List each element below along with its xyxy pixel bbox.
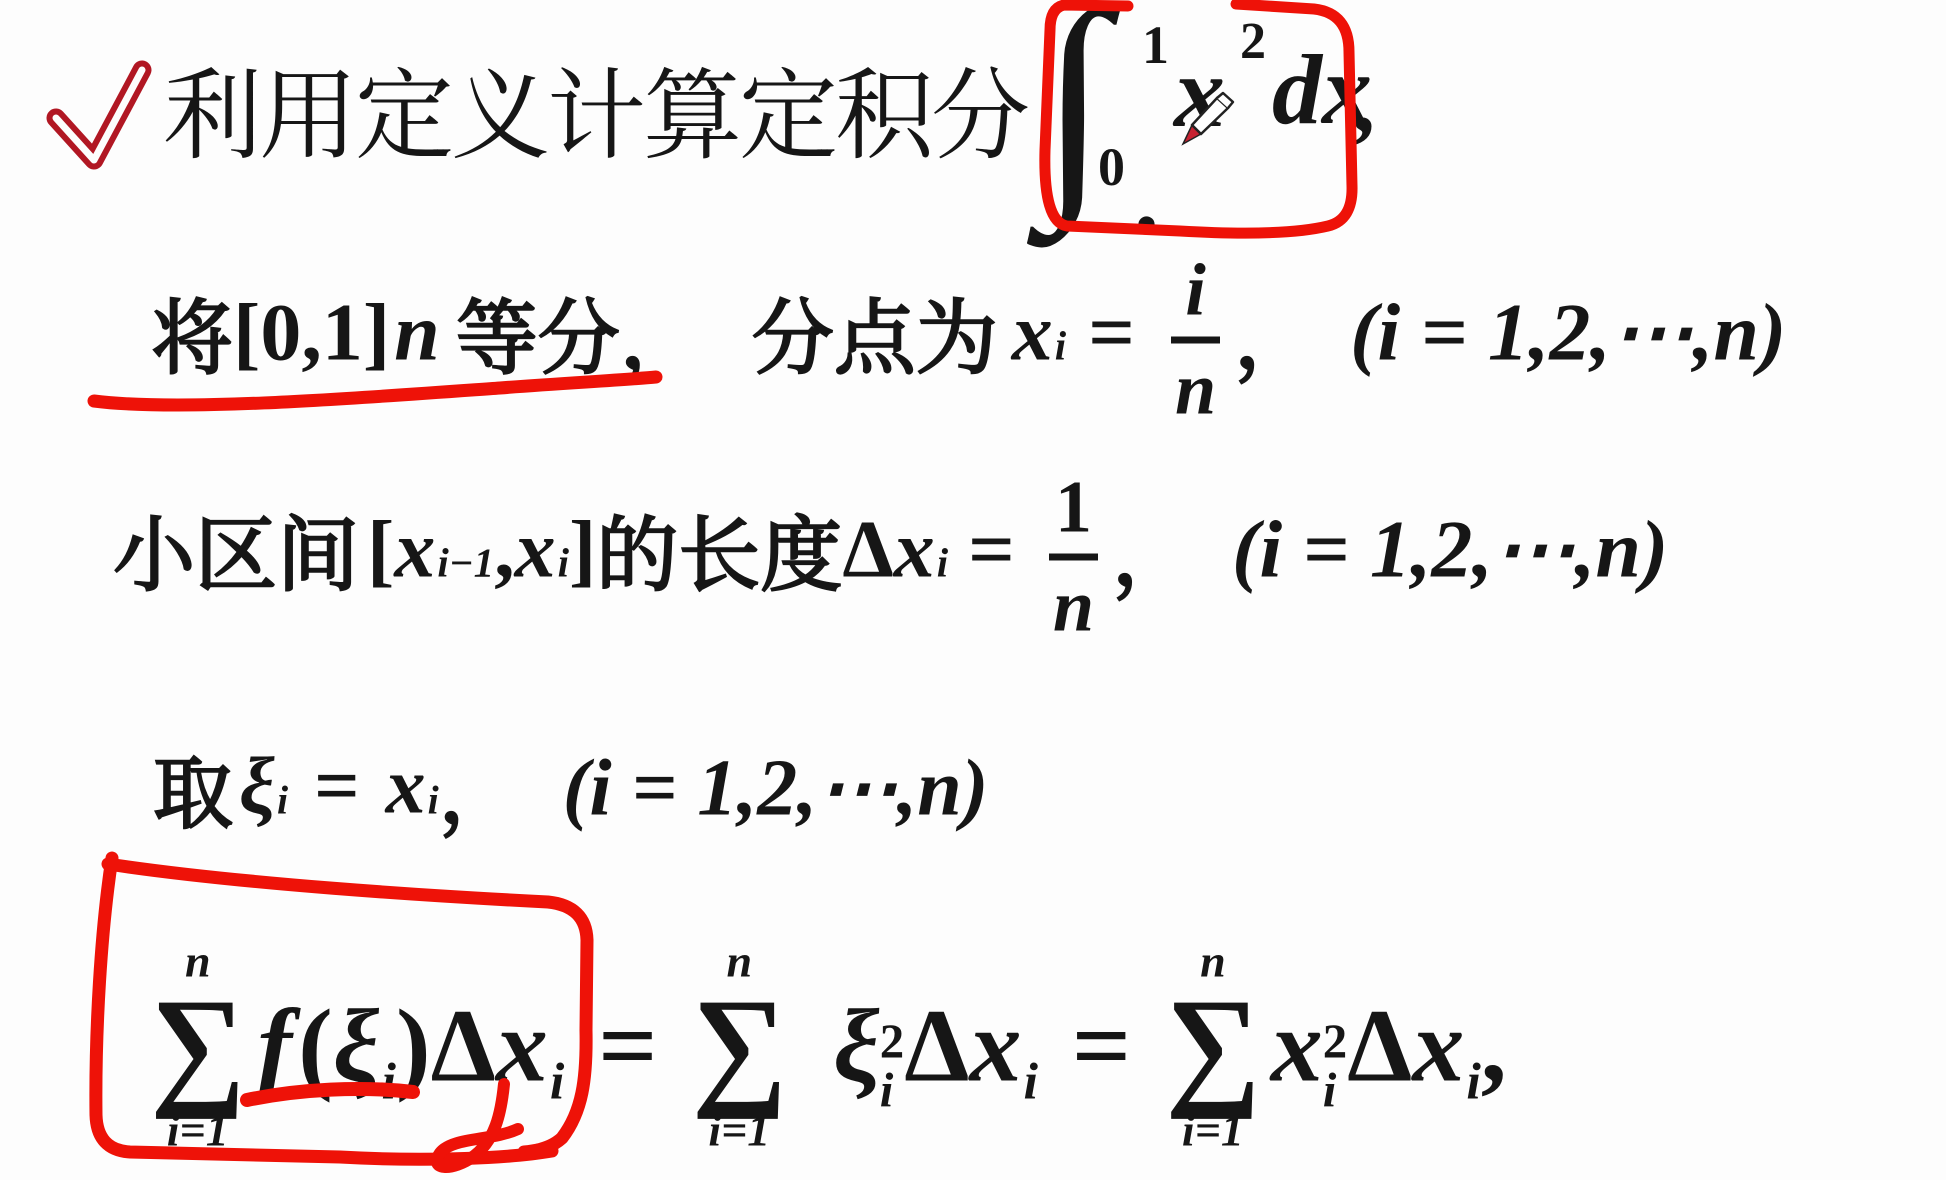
han-xiaoqujian: 小区间: [113, 491, 359, 608]
fraction-numerator: 1: [1049, 471, 1098, 545]
var-x: x: [1271, 989, 1323, 1104]
equals-sign: =: [1072, 987, 1131, 1106]
var-x: x: [515, 502, 556, 596]
fraction-1-over-n: 1 n: [1047, 471, 1100, 644]
var-x: x: [386, 742, 426, 833]
fraction-denominator: n: [1047, 570, 1100, 644]
integral-lower-limit: 0: [1098, 140, 1125, 194]
han-jiang: 将: [151, 274, 233, 391]
delta: Δ: [904, 989, 969, 1104]
var-x: x: [1012, 285, 1053, 379]
sub-i: i: [937, 542, 948, 583]
sub-i: i: [1323, 1066, 1337, 1115]
han-fendianwei: 分点为: [752, 274, 998, 391]
comma-cn: ，: [1112, 491, 1194, 608]
integrand-x: x: [1174, 42, 1225, 144]
var-x: x: [394, 502, 435, 596]
title-line: 利用定义计算定积分: [163, 37, 1027, 179]
var-x: x: [894, 502, 935, 596]
equals-sign: =: [314, 742, 360, 833]
var-xi: ξ: [833, 989, 880, 1104]
sub-i: i: [550, 1053, 564, 1110]
slide-canvas: 利用定义计算定积分 ∫ 1 0 x 2 dx , . 将 [0,1] n 等分 …: [0, 0, 1946, 1180]
sub-i-1: i−1: [437, 542, 494, 583]
sample-point-line: 取 ξi = xi ， (i = 1,2,⋯,n): [153, 730, 988, 845]
equals-sign: =: [1088, 285, 1135, 379]
check-icon: [42, 56, 152, 171]
sum-2: n ∑ i=1: [692, 938, 788, 1153]
page-title: 利用定义计算定积分: [163, 37, 1027, 179]
var-xi: ξ: [333, 989, 380, 1104]
fraction-i-over-n: i n: [1169, 254, 1222, 427]
fraction-denominator: n: [1169, 353, 1222, 427]
right-bracket: ]: [569, 502, 596, 596]
han-dechangdu: 的长度: [596, 491, 842, 608]
sub-i: i: [277, 781, 288, 821]
equals-sign: =: [968, 502, 1015, 596]
sentence-period: .: [1134, 148, 1159, 248]
sub-i: i: [558, 542, 569, 583]
comma-cn: ，: [620, 274, 702, 391]
right-paren: ): [396, 989, 431, 1104]
han-dengfen: 等分: [456, 274, 620, 391]
comma: ,: [494, 502, 515, 596]
sub-i: i: [1055, 325, 1066, 366]
sub-i: i: [428, 781, 439, 821]
power-2: 2: [880, 1017, 904, 1066]
sub-i: i: [880, 1066, 894, 1115]
delta: Δ: [1347, 989, 1412, 1104]
sum-lower-limit: i=1: [708, 1108, 770, 1154]
sigma-icon: ∑: [1165, 992, 1261, 1099]
sum-1: n ∑ i=1: [150, 938, 246, 1153]
sum-lower-limit: i=1: [1182, 1108, 1244, 1154]
sum-lower-limit: i=1: [167, 1108, 229, 1154]
delta: Δ: [431, 989, 496, 1104]
sub-i: i: [1466, 1053, 1480, 1110]
fraction-bar: [1171, 337, 1220, 344]
han-qu: 取: [153, 730, 233, 845]
var-xi: ξ: [239, 742, 275, 833]
sigma-icon: ∑: [150, 992, 246, 1099]
sub-i: i: [382, 1053, 396, 1110]
partition-line: 将 [0,1] n 等分 ， 分点为 xi = i n ， (i = 1,2,⋯…: [151, 246, 1786, 419]
delta: Δ: [842, 502, 893, 596]
fraction-bar: [1049, 554, 1098, 561]
fraction-numerator: i: [1179, 254, 1212, 328]
func-f: f: [258, 989, 293, 1104]
index-range: (i = 1,2,⋯,n): [1232, 502, 1668, 597]
sup-sub-stack: 2i: [880, 1017, 904, 1088]
sub-i: i: [1023, 1053, 1037, 1110]
interval-0-1: [0,1]: [233, 285, 390, 379]
var-x: x: [1412, 989, 1464, 1104]
comma: ,: [1481, 989, 1507, 1104]
var-x: x: [496, 989, 548, 1104]
integral-upper-limit: 1: [1142, 18, 1169, 72]
sigma-icon: ∑: [692, 992, 788, 1099]
comma-cn: ，: [439, 730, 519, 845]
sum-2-body: ξ2iΔxi: [833, 987, 1038, 1106]
sum-3-body: x2iΔxi,: [1271, 987, 1507, 1106]
integrand-power: 2: [1240, 16, 1266, 68]
sum-1-body: f(ξi)Δxi: [258, 987, 565, 1106]
var-n: n: [394, 285, 440, 379]
left-paren: (: [298, 989, 333, 1104]
equals-sign: =: [598, 987, 657, 1106]
index-range: (i = 1,2,⋯,n): [1350, 285, 1786, 380]
var-x: x: [969, 989, 1021, 1104]
left-bracket: [: [367, 502, 394, 596]
riemann-sum-line: n ∑ i=1 f(ξi)Δxi = n ∑ i=1 ξ2iΔxi = n ∑ …: [150, 938, 1507, 1153]
integral-expression: ∫ 1 0 x 2 dx ,: [1052, 14, 1412, 214]
index-range: (i = 1,2,⋯,n): [563, 740, 989, 834]
sup-sub-stack: 2i: [1323, 1017, 1347, 1088]
sum-3: n ∑ i=1: [1165, 938, 1261, 1153]
integral-comma: ,: [1352, 54, 1375, 146]
comma-cn: ，: [1234, 274, 1316, 391]
power-2: 2: [1323, 1017, 1347, 1066]
subinterval-line: 小区间 [ xi−1 , xi ] 的长度 Δxi = 1 n ， (i = 1…: [113, 463, 1668, 636]
